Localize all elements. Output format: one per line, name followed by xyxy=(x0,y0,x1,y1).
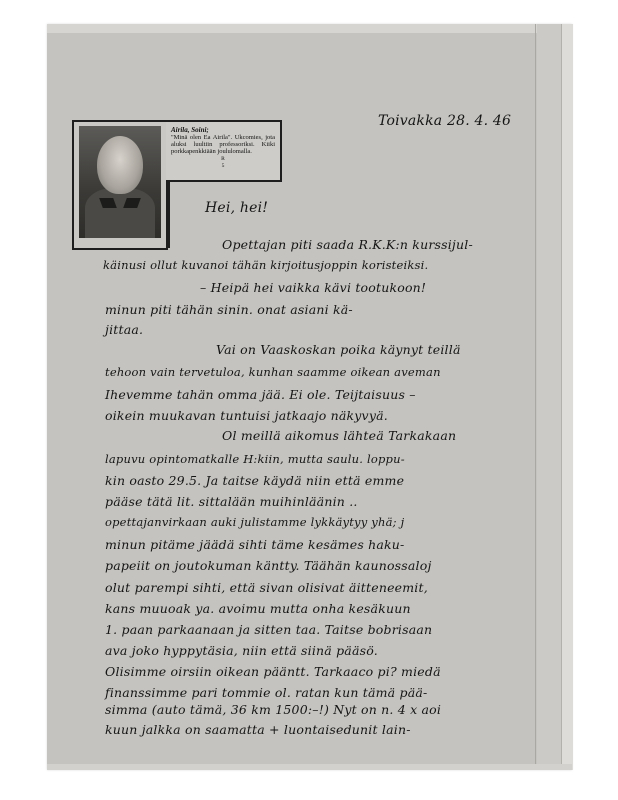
paper-top-strip xyxy=(47,24,572,33)
letter-line: jittaa. xyxy=(105,322,143,337)
letter-line: papeiit on joutokuman käntty. Täähän kau… xyxy=(105,558,432,573)
letter-line: Vai on Vaaskoskan poika käynyt teillä xyxy=(216,342,461,357)
letter-line: kuun jalkka on saamatta + luontaisedunit… xyxy=(105,722,411,737)
paper-right-edge xyxy=(561,24,573,770)
letter-line: simma (auto tämä, 36 km 1500:–!) Nyt on … xyxy=(105,702,441,717)
uniform-shape xyxy=(85,188,155,238)
newspaper-clipping: Airila, Soini; "Minä olen Ea Airila". Uk… xyxy=(72,120,284,248)
letter-line: 1. paan parkaanaan ja sitten taa. Taitse… xyxy=(105,622,432,637)
paper-right-band xyxy=(537,24,561,770)
letter-line: finanssimme pari tommie ol. ratan kun tä… xyxy=(105,685,427,700)
clipping-sig-2: 5 xyxy=(171,163,275,170)
letter-line: kans muuoak ya. avoimu mutta onha kesäku… xyxy=(105,601,411,616)
letter-line: käinusi ollut kuvanoi tähän kirjoitusjop… xyxy=(103,258,428,272)
letter-line: tehoon vain tervetuloa, kunhan saamme oi… xyxy=(105,365,441,379)
letter-line: pääse tätä lit. sittalään muihinläänin .… xyxy=(105,494,358,509)
clipping-border-step xyxy=(164,182,170,248)
letter-line: Olisimme oirsiin oikean pääntt. Tarkaaco… xyxy=(105,664,441,679)
clipping-name: Airila, Soini; xyxy=(171,126,275,134)
letter-line: olut parempi sihti, että sivan olisivat … xyxy=(105,580,428,595)
clipping-caption: Airila, Soini; "Minä olen Ea Airila". Uk… xyxy=(166,120,282,182)
letter-line: minun pitäme jäädä sihti täme kesämes ha… xyxy=(105,537,404,552)
letter-line: ava joko hyppytäsia, niin että siinä pää… xyxy=(105,643,378,658)
letter-line: Opettajan piti saada R.K.K:n kurssijul- xyxy=(222,237,473,252)
clipping-sig-1: R xyxy=(171,156,275,163)
letter-line: opettajanvirkaan auki julistamme lykkäyt… xyxy=(105,515,404,529)
letter-line: minun piti tähän sinin. onat asiani kä- xyxy=(105,302,353,317)
clipping-quote: "Minä olen Ea Airila". Ukcomies, jota al… xyxy=(171,134,275,156)
head-shape xyxy=(97,136,143,194)
letter-place-date: Toivakka 28. 4. 46 xyxy=(378,113,511,129)
letter-line: Ol meillä aikomus lähteä Tarkakaan xyxy=(222,428,456,443)
paper-fold-line xyxy=(535,24,536,770)
letter-greeting: Hei, hei! xyxy=(205,200,268,216)
photo-frame xyxy=(72,120,168,250)
letter-line: oikein muukavan tuntuisi jatkaajo näkyvy… xyxy=(105,408,388,423)
letter-line: – Heipä hei vaikka kävi tootukoon! xyxy=(200,280,426,295)
letter-line: Ihevemme tahän omma jää. Ei ole. Teijtai… xyxy=(105,387,416,402)
portrait-photo xyxy=(79,126,161,238)
paper-bottom-strip xyxy=(47,764,572,770)
letter-line: lapuvu opintomatkalle H:kiin, mutta saul… xyxy=(105,452,405,466)
letter-line: kin oasto 29.5. Ja taitse käydä niin ett… xyxy=(105,473,404,488)
